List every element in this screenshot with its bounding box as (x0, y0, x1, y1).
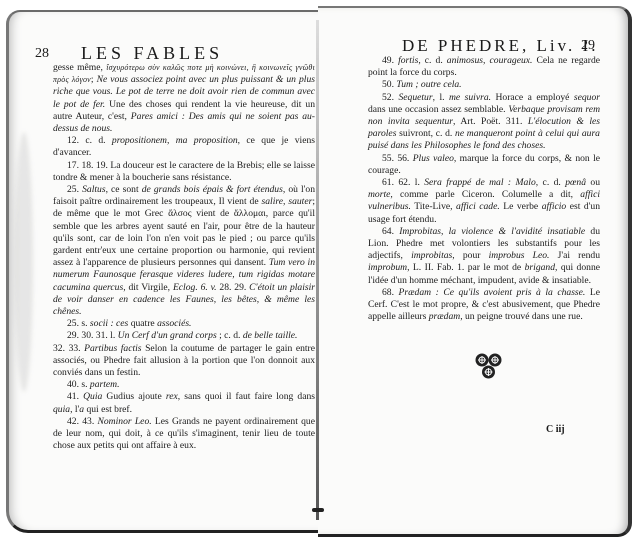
text-run: , dit Virgile, (123, 282, 173, 293)
note-paragraph: 50. Tum ; outre cela. (368, 79, 600, 91)
italic-text: quia (53, 404, 70, 415)
text-run: suivront, c. d. (396, 128, 455, 139)
text-run: 32. 33. (53, 343, 84, 354)
italic-text: improbus Leo. (489, 250, 550, 261)
text-run: 52. (382, 92, 398, 103)
text-run: , c. d. (418, 55, 446, 66)
text-run: , un peigne trouvé dans une rue. (460, 311, 583, 322)
text-run: 68. (382, 287, 399, 298)
note-paragraph: gesse même, ἴσχυρότερω σὺν καλῶς ποτε μὴ… (53, 62, 315, 135)
text-run: Gudius ajoute (102, 391, 166, 402)
left-page-number: 28 (35, 46, 49, 62)
text-run: 42. 43. (67, 416, 97, 427)
left-page: 28 LES FABLES gesse même, ἴσχυρότερω σὺν… (6, 10, 321, 533)
note-paragraph: 32. 33. Partibus factis Selon la coutume… (53, 343, 315, 380)
right-page-number: 29 (581, 38, 595, 54)
text-run: 64. (382, 226, 399, 237)
italic-text: improbum (368, 262, 407, 273)
right-page: DE PHEDRE, Liv. I. 29 49. fortis, c. d. … (318, 6, 632, 537)
text-run: , L. II. Fab. 1. par le mot de (407, 262, 525, 273)
text-run: qui est bref. (84, 404, 132, 415)
note-paragraph: 17. 18. 19. La douceur est le caractere … (53, 160, 315, 184)
italic-text: Eclog. 6. v. (173, 282, 217, 293)
italic-text: fortis (398, 55, 418, 66)
italic-text: associés. (157, 318, 191, 329)
text-run: ou (586, 177, 600, 188)
italic-text: socii : ces (90, 318, 128, 329)
italic-text: animosus, courageux. (447, 55, 533, 66)
text-run: 55. 56. (382, 153, 413, 164)
italic-text: Partibus factis (84, 343, 141, 354)
text-run: 25. (67, 184, 82, 195)
note-paragraph: 25. Saltus, ce sont de grands bois épais… (53, 184, 315, 318)
text-run: Tite-Live, (411, 201, 456, 212)
note-paragraph: 68. Prædam : Ce qu'ils avoient pris à la… (368, 287, 600, 324)
italic-text: Plus valeo (413, 153, 454, 164)
fleuron-ornament-icon (474, 352, 504, 382)
italic-text: pœnâ (565, 177, 586, 188)
text-run: , Art. Poët. 311. (453, 116, 528, 127)
note-paragraph: 25. s. socii : ces quatre associés. (53, 318, 315, 330)
binding-mark (312, 508, 324, 512)
text-run: 29. 30. 31. l. (67, 330, 118, 341)
right-running-head: DE PHEDRE, Liv. I. (402, 36, 598, 56)
text-run: 25. s. (67, 318, 90, 329)
text-run: 40. s. (67, 379, 90, 390)
italic-text: Nominor Leo. (97, 416, 151, 427)
italic-text: de belle taille. (243, 330, 298, 341)
italic-text: Sequetur (398, 92, 432, 103)
note-paragraph: 42. 43. Nominor Leo. Les Grands ne payen… (53, 416, 315, 453)
note-paragraph: 12. c. d. propositionem, ma proposition,… (53, 135, 315, 159)
italic-text: morte (368, 189, 390, 200)
italic-text: affici cade. (456, 201, 500, 212)
text-run: dans une occasion assez semblable. (368, 104, 508, 115)
italic-text: sequor (574, 92, 600, 103)
book-spread: 28 LES FABLES gesse même, ἴσχυρότερω σὺν… (0, 0, 640, 542)
italic-text: Prædam : Ce qu'ils avoient pris à la cha… (399, 287, 586, 298)
text-run: 28. 29. (217, 282, 250, 293)
text-run: 12. c. d. (67, 135, 112, 146)
italic-text: improbitas (411, 250, 452, 261)
note-paragraph: 64. Improbitas, la violence & l'avidité … (368, 226, 600, 287)
text-run: , ce sont (106, 184, 142, 195)
text-run: , pour (452, 250, 488, 261)
book-gutter (316, 20, 319, 520)
italic-text: prædam (429, 311, 460, 322)
italic-text: me suivra. (449, 92, 491, 103)
text-run: J'ai rendu (549, 250, 600, 261)
note-paragraph: 55. 56. Plus valeo, marque la force du c… (368, 153, 600, 177)
italic-text: Improbitas, la violence & l'avidité insa… (399, 226, 585, 237)
italic-text: Sera frappé de mal : Malo (424, 177, 536, 188)
text-run: 17. 18. 19. La douceur est le caractere … (53, 160, 315, 183)
text-run: 49. (382, 55, 398, 66)
note-paragraph: 49. fortis, c. d. animosus, courageux. C… (368, 55, 600, 79)
italic-text: brigand (525, 262, 555, 273)
italic-text: afficio (542, 201, 567, 212)
italic-text: Saltus (82, 184, 105, 195)
italic-text: Quia (83, 391, 102, 402)
italic-text: de grands bois épais & fort étendus (142, 184, 283, 195)
italic-text: Tum ; outre cela. (396, 79, 461, 90)
left-page-notes: gesse même, ἴσχυρότερω σὺν καλῶς ποτε μὴ… (53, 62, 315, 453)
note-paragraph: 52. Sequetur, l. me suivra. Horace a emp… (368, 92, 600, 153)
text-run: 50. (382, 79, 396, 90)
italic-text: rex (166, 391, 178, 402)
note-paragraph: 29. 30. 31. l. Un Cerf d'un grand corps … (53, 330, 315, 342)
italic-text: Un Cerf d'un grand corps (118, 330, 217, 341)
text-run: Le verbe (500, 201, 542, 212)
text-run: , c. d. (536, 177, 565, 188)
text-run: 41. (67, 391, 83, 402)
note-paragraph: 40. s. partem. (53, 379, 315, 391)
italic-text: partem. (90, 379, 120, 390)
text-run: , l' (70, 404, 79, 415)
text-run: gesse même, (53, 62, 106, 73)
text-run: quatre (128, 318, 157, 329)
note-paragraph: 41. Quia Gudius ajoute rex, sans quoi il… (53, 391, 315, 415)
text-run: 61. 62. l. (382, 177, 424, 188)
left-running-head: LES FABLES (81, 43, 223, 64)
italic-text: salire, sauter (262, 196, 313, 207)
text-run: , l. (433, 92, 449, 103)
text-run: , sans quoi il faut faire long dans (178, 391, 315, 402)
italic-text: propositionem, ma proposition (112, 135, 238, 146)
signature-mark: C iij (546, 424, 565, 435)
note-paragraph: 61. 62. l. Sera frappé de mal : Malo, c.… (368, 177, 600, 226)
text-run: ; c. d. (217, 330, 243, 341)
text-run: Horace a employé (491, 92, 574, 103)
text-run: , comme parle Ciceron. Columelle a dit, (390, 189, 580, 200)
right-page-notes: 49. fortis, c. d. animosus, courageux. C… (368, 55, 600, 323)
